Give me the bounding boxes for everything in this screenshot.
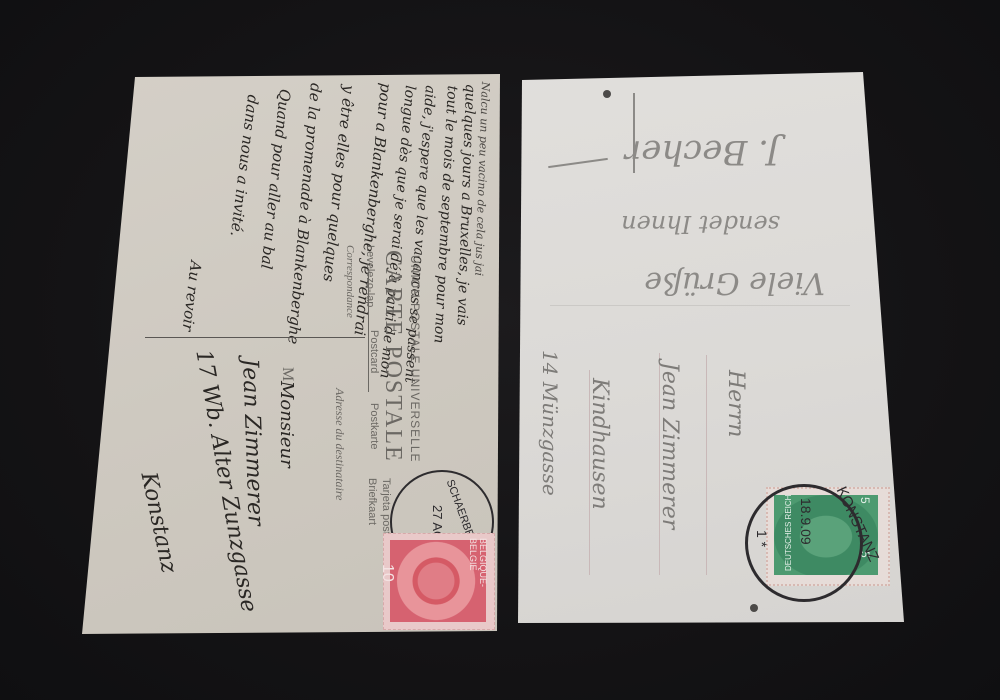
right-address-line-4: 14 Münzgasse	[538, 350, 562, 496]
language-postkarte: Postkarte	[368, 403, 380, 449]
belgian-stamp-value: 10	[378, 564, 396, 582]
konstanz-postmark-date: 18.9.09	[798, 498, 814, 545]
address-m-prefix: M	[278, 367, 296, 381]
right-message-line-2: sendet Ihnen	[621, 210, 780, 238]
right-address-line-2: Jean Zimmerer	[657, 362, 682, 529]
right-address-line-1: Herrn	[723, 370, 748, 437]
pin-dot-top	[603, 90, 611, 98]
address-rule	[706, 355, 707, 575]
address-salutation: Monsieur	[276, 381, 297, 468]
language-postcard: Postcard	[368, 330, 380, 373]
carte-postale-title: CARTE POSTALE	[379, 250, 406, 463]
right-message-signature: J. Becher	[625, 132, 780, 172]
konstanz-postmark-mark: 1 *	[754, 530, 770, 547]
correspondence-divider	[145, 337, 365, 338]
language-briefkaart: Briefkaart	[366, 478, 378, 525]
pin-dot-bottom	[750, 604, 758, 612]
card-divider-vertical	[368, 272, 369, 392]
pencil-stroke-horizontal	[548, 158, 608, 168]
union-postale-text: UNION POSTALE UNIVERSELLE	[408, 255, 422, 463]
adresse-destinataire-label: Adresse du destinataire	[332, 388, 347, 500]
belgian-stamp: BELGIQUE-BELGIE 10	[383, 533, 495, 630]
address-city: Konstanz	[136, 470, 182, 575]
pencil-stroke-vertical	[633, 93, 635, 173]
german-stamp-value-top: 5	[858, 497, 872, 504]
right-message-line-1: Viele Grüße	[644, 265, 825, 300]
correspondance-label: Correspondance	[344, 245, 356, 318]
right-divider-horizontal	[550, 305, 850, 306]
belgian-stamp-country: BELGIQUE-BELGIE	[468, 538, 488, 587]
right-address-line-3: Kindhausen	[587, 378, 612, 510]
language-levelezo: Levelezo-lap	[364, 245, 376, 307]
